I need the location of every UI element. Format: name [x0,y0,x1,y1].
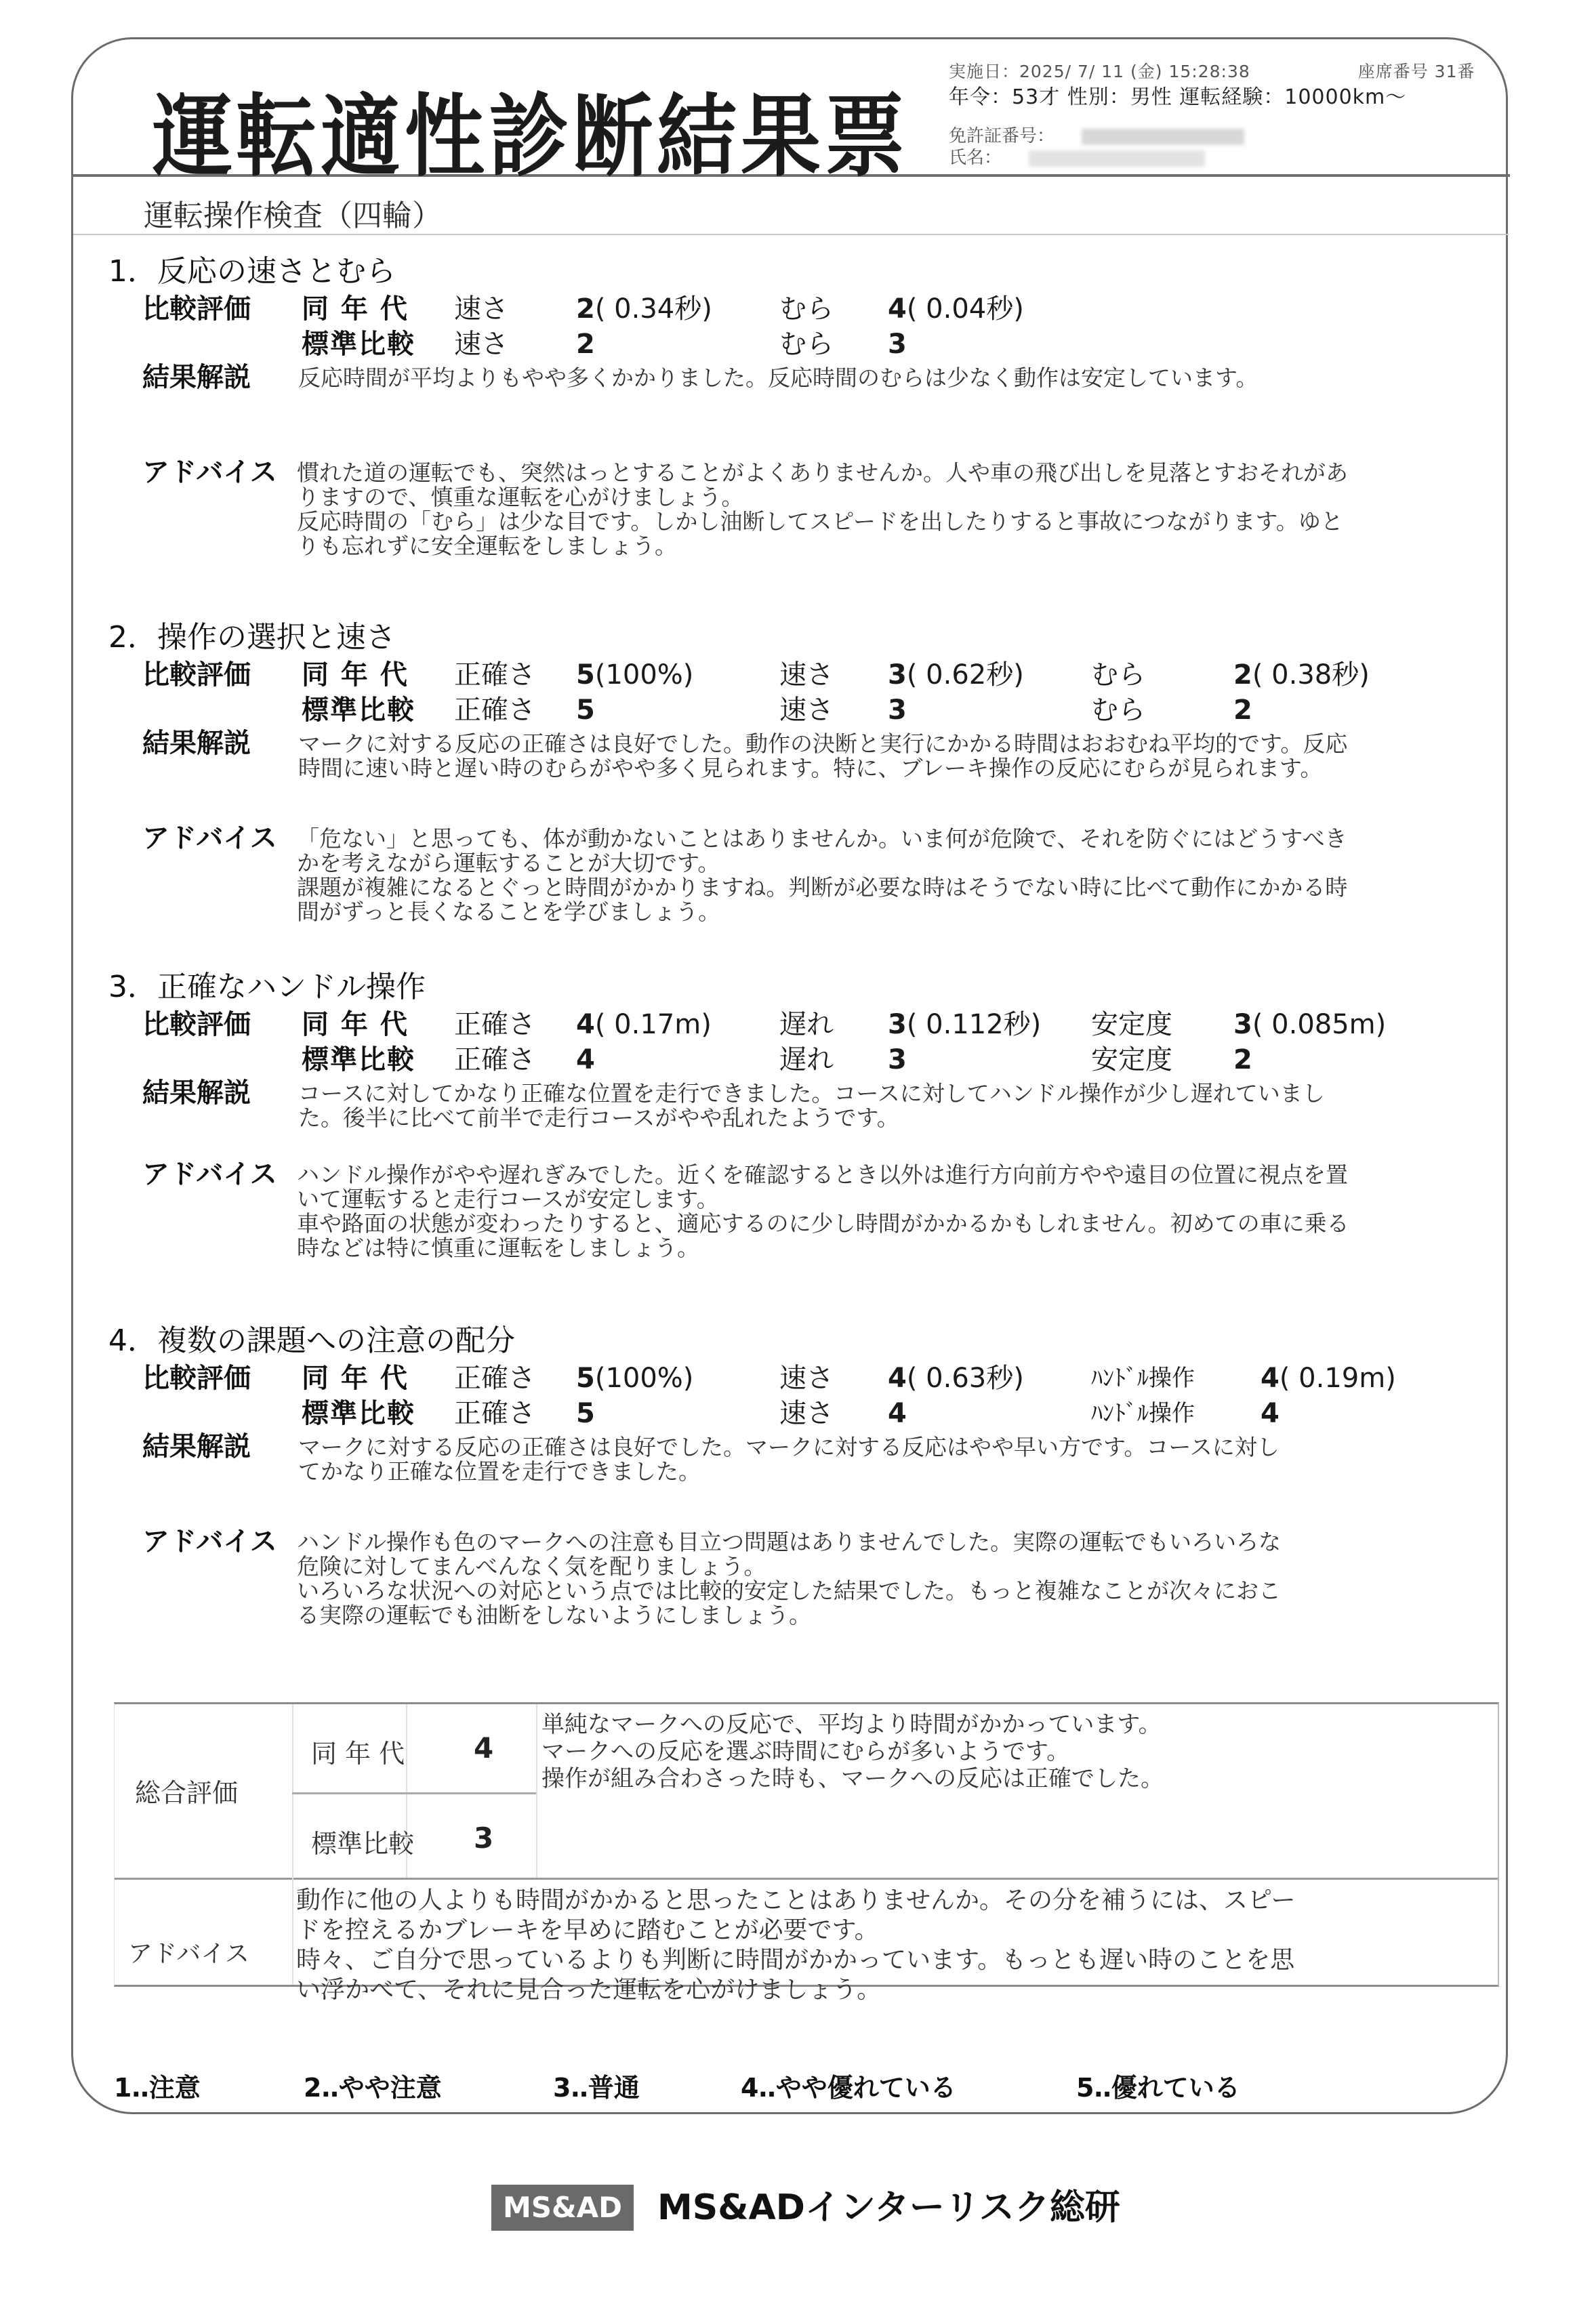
metric-label: 速さ [779,693,834,728]
metric-value: 4( 0.17m) [576,1007,712,1042]
metric-value: 2 [1233,1042,1252,1077]
test-subtitle: 運転操作検査（四輪） [144,191,442,234]
section-reaction: 1．反応の速さとむら 比較評価 同 年 代 速さ 2( 0.34秒) むら 4(… [108,252,1505,558]
compare-label: 比較評価 [142,1007,251,1042]
summary-advice-text: 動作に他の人よりも時間がかかると思ったことはありませんか。その分を補うには、スピ… [296,1886,1489,2005]
advice-block: アドバイス ハンドル操作がやや遅れぎみでした。近くを確認するとき以外は進行方向前… [108,1159,1505,1260]
redacted-license-number [1082,129,1244,145]
legend-item: 1‥注意 [114,2067,201,2104]
advice-block: アドバイス ハンドル操作も色のマークへの注意も目立つ問題はありませんでした。実際… [108,1526,1505,1628]
profile-line: 年令：53才 性別：男性 運転経験：10000km～ [949,80,1406,110]
section-attention: 4．複数の課題への注意の配分 比較評価 同 年 代 正確さ 5(100%) 速さ… [108,1321,1505,1628]
advice-text: 慣れた道の運転でも、突然はっとすることがよくありませんか。人や車の飛び出しを見落… [297,457,1505,558]
same-age-row: 比較評価 同 年 代 正確さ 5(100%) 速さ 4( 0.63秒) ﾊﾝﾄﾞ… [108,1361,1505,1396]
standard-label: 標準比較 [302,1042,415,1077]
section-steering: 3．正確なハンドル操作 比較評価 同 年 代 正確さ 4( 0.17m) 遅れ … [108,968,1505,1260]
metric-label: 遅れ [779,1007,834,1042]
legend-item: 3‥普通 [553,2067,640,2104]
same-age-row: 比較評価 同 年 代 正確さ 5(100%) 速さ 3( 0.62秒) むら 2… [108,657,1505,693]
name-label: 氏名： [949,148,1002,168]
same-age-label: 同 年 代 [302,1007,409,1042]
metric-label: 正確さ [454,1396,535,1431]
same-age-label: 同 年 代 [302,291,409,327]
summary-table: 総合評価 同 年 代 4 標準比較 3 単純なマークへの反応で、平均より時間がか… [114,1702,1499,1987]
metric-value: 4( 0.04秒) [888,291,1024,327]
compare-label: 比較評価 [142,1361,251,1396]
metric-label: 速さ [454,291,508,327]
advice-block: アドバイス 慣れた道の運転でも、突然はっとすることがよくありませんか。人や車の飛… [108,457,1505,558]
result-text: マークに対する反応の正確さは良好でした。動作の決断と実行にかかる時間はおおむね平… [298,728,1505,781]
result-text: コースに対してかなり正確な位置を走行できました。コースに対してハンドル操作が少し… [298,1077,1505,1130]
standard-row: 標準比較 正確さ 4 遅れ 3 安定度 2 [108,1042,1505,1077]
company-name: MS&ADインターリスク総研 [657,2182,1120,2233]
summary-comment: 単純なマークへの反応で、平均より時間がかかっています。 マークへの反応を選ぶ時間… [541,1711,1164,1792]
result-text: 反応時間が平均よりもやや多くかかりました。反応時間のむらは少なく動作は安定してい… [298,362,1505,390]
standard-row: 標準比較 正確さ 5 速さ 4 ﾊﾝﾄﾞﾙ操作 4 [108,1396,1505,1431]
advice-label: アドバイス [142,823,277,854]
summary-advice-label: アドバイス [128,1935,249,1969]
advice-label: アドバイス [142,1159,277,1190]
result-block: 結果解説 反応時間が平均よりもやや多くかかりました。反応時間のむらは少なく動作は… [108,362,1505,457]
license-info: 免許証番号： 氏名： [949,125,1244,169]
metric-value: 4 [888,1396,907,1431]
metric-label: むら [1091,657,1145,693]
result-text: マークに対する反応の正確さは良好でした。マークに対する反応はやや早い方です。コー… [298,1431,1505,1484]
exam-info: 実施日：2025/ 7/ 11 (金) 15:28:38 座席番号 31番 [949,58,1475,83]
column-divider [536,1704,537,1878]
metric-label: 正確さ [454,1007,535,1042]
result-block: 結果解説 マークに対する反応の正確さは良好でした。動作の決断と実行にかかる時間は… [108,728,1505,823]
same-age-label: 同 年 代 [302,1361,409,1396]
standard-label: 標準比較 [302,693,415,728]
metric-label: 正確さ [454,657,535,693]
metric-value: 4( 0.19m) [1261,1361,1396,1396]
result-label: 結果解説 [142,1431,251,1462]
metric-value: 2( 0.38秒) [1233,657,1370,693]
metric-value: 3 [888,1042,907,1077]
metric-label: むら [1091,693,1145,728]
redacted-name [1029,150,1205,167]
advice-label: アドバイス [142,457,277,488]
metric-label: ﾊﾝﾄﾞﾙ操作 [1091,1361,1195,1396]
section-title: 3．正確なハンドル操作 [108,968,1505,1007]
subtitle-divider [73,234,1509,235]
metric-label: 安定度 [1091,1007,1172,1042]
metric-label: 遅れ [779,1042,834,1077]
legend-item: 4‥やや優れている [741,2067,956,2104]
metric-label: 速さ [779,1361,834,1396]
metric-value: 3 [888,693,907,728]
advice-text: ハンドル操作がやや遅れぎみでした。近くを確認するとき以外は進行方向前方やや遠目の… [297,1159,1505,1260]
column-divider [292,1704,293,1985]
metric-value: 5(100%) [576,1361,693,1396]
seat-number: 座席番号 31番 [1358,62,1475,81]
summary-standard-value: 3 [474,1821,493,1855]
license-label: 免許証番号： [949,126,1055,146]
metric-label: 正確さ [454,1361,535,1396]
compare-label: 比較評価 [142,657,251,693]
metric-value: 2( 0.34秒) [576,291,712,327]
metric-label: むら [779,327,834,362]
metric-value: 2 [1233,693,1252,728]
metric-label: むら [779,291,834,327]
summary-same-age-label: 同 年 代 [311,1733,405,1770]
page-title: 運転適性診断結果票 [152,64,909,193]
metric-label: 速さ [779,657,834,693]
legend-item: 2‥やや注意 [304,2067,442,2104]
metric-value: 5(100%) [576,657,693,693]
metric-value: 3 [888,327,907,362]
section-title: 4．複数の課題への注意の配分 [108,1321,1505,1361]
summary-same-age-value: 4 [474,1731,493,1765]
metric-value: 2 [576,327,595,362]
metric-label: 正確さ [454,1042,535,1077]
advice-text: 「危ない」と思っても、体が動かないことはありませんか。いま何が危険で、それを防ぐ… [297,823,1505,924]
legend-item: 5‥優れている [1076,2067,1240,2104]
summary-label: 総合評価 [135,1772,238,1809]
section-choice-speed: 2．操作の選択と速さ 比較評価 同 年 代 正確さ 5(100%) 速さ 3( … [108,618,1505,924]
standard-row: 標準比較 正確さ 5 速さ 3 むら 2 [108,693,1505,728]
same-age-label: 同 年 代 [302,657,409,693]
metric-value: 5 [576,693,595,728]
advice-label: アドバイス [142,1526,277,1557]
metric-label: 速さ [454,327,508,362]
result-block: 結果解説 コースに対してかなり正確な位置を走行できました。コースに対してハンドル… [108,1077,1505,1159]
metric-value: 4 [1261,1396,1280,1431]
advice-block: アドバイス 「危ない」と思っても、体が動かないことはありませんか。いま何が危険で… [108,823,1505,924]
metric-label: 安定度 [1091,1042,1172,1077]
section-title: 2．操作の選択と速さ [108,618,1505,657]
metric-label: ﾊﾝﾄﾞﾙ操作 [1091,1396,1195,1431]
compare-label: 比較評価 [142,291,251,327]
metric-value: 3( 0.112秒) [888,1007,1041,1042]
result-label: 結果解説 [142,728,251,759]
exam-date: 実施日：2025/ 7/ 11 (金) 15:28:38 [949,62,1250,81]
metric-value: 4( 0.63秒) [888,1361,1024,1396]
metric-value: 5 [576,1396,595,1431]
result-block: 結果解説 マークに対する反応の正確さは良好でした。マークに対する反応はやや早い方… [108,1431,1505,1526]
metric-value: 3( 0.62秒) [888,657,1024,693]
result-label: 結果解説 [142,1077,251,1109]
standard-label: 標準比較 [302,1396,415,1431]
same-age-row: 比較評価 同 年 代 速さ 2( 0.34秒) むら 4( 0.04秒) [108,291,1505,327]
standard-label: 標準比較 [302,327,415,362]
same-age-row: 比較評価 同 年 代 正確さ 4( 0.17m) 遅れ 3( 0.112秒) 安… [108,1007,1505,1042]
metric-label: 正確さ [454,693,535,728]
company-logo-mark: MS&AD [491,2185,634,2231]
metric-value: 4 [576,1042,595,1077]
section-title: 1．反応の速さとむら [108,252,1505,291]
advice-text: ハンドル操作も色のマークへの注意も目立つ問題はありませんでした。実際の運転でもい… [297,1526,1505,1628]
metric-value: 3( 0.085m) [1233,1007,1386,1042]
metric-label: 速さ [779,1396,834,1431]
row-divider [292,1792,536,1794]
standard-row: 標準比較 速さ 2 むら 3 [108,327,1505,362]
summary-standard-label: 標準比較 [311,1823,414,1860]
result-label: 結果解説 [142,362,251,393]
